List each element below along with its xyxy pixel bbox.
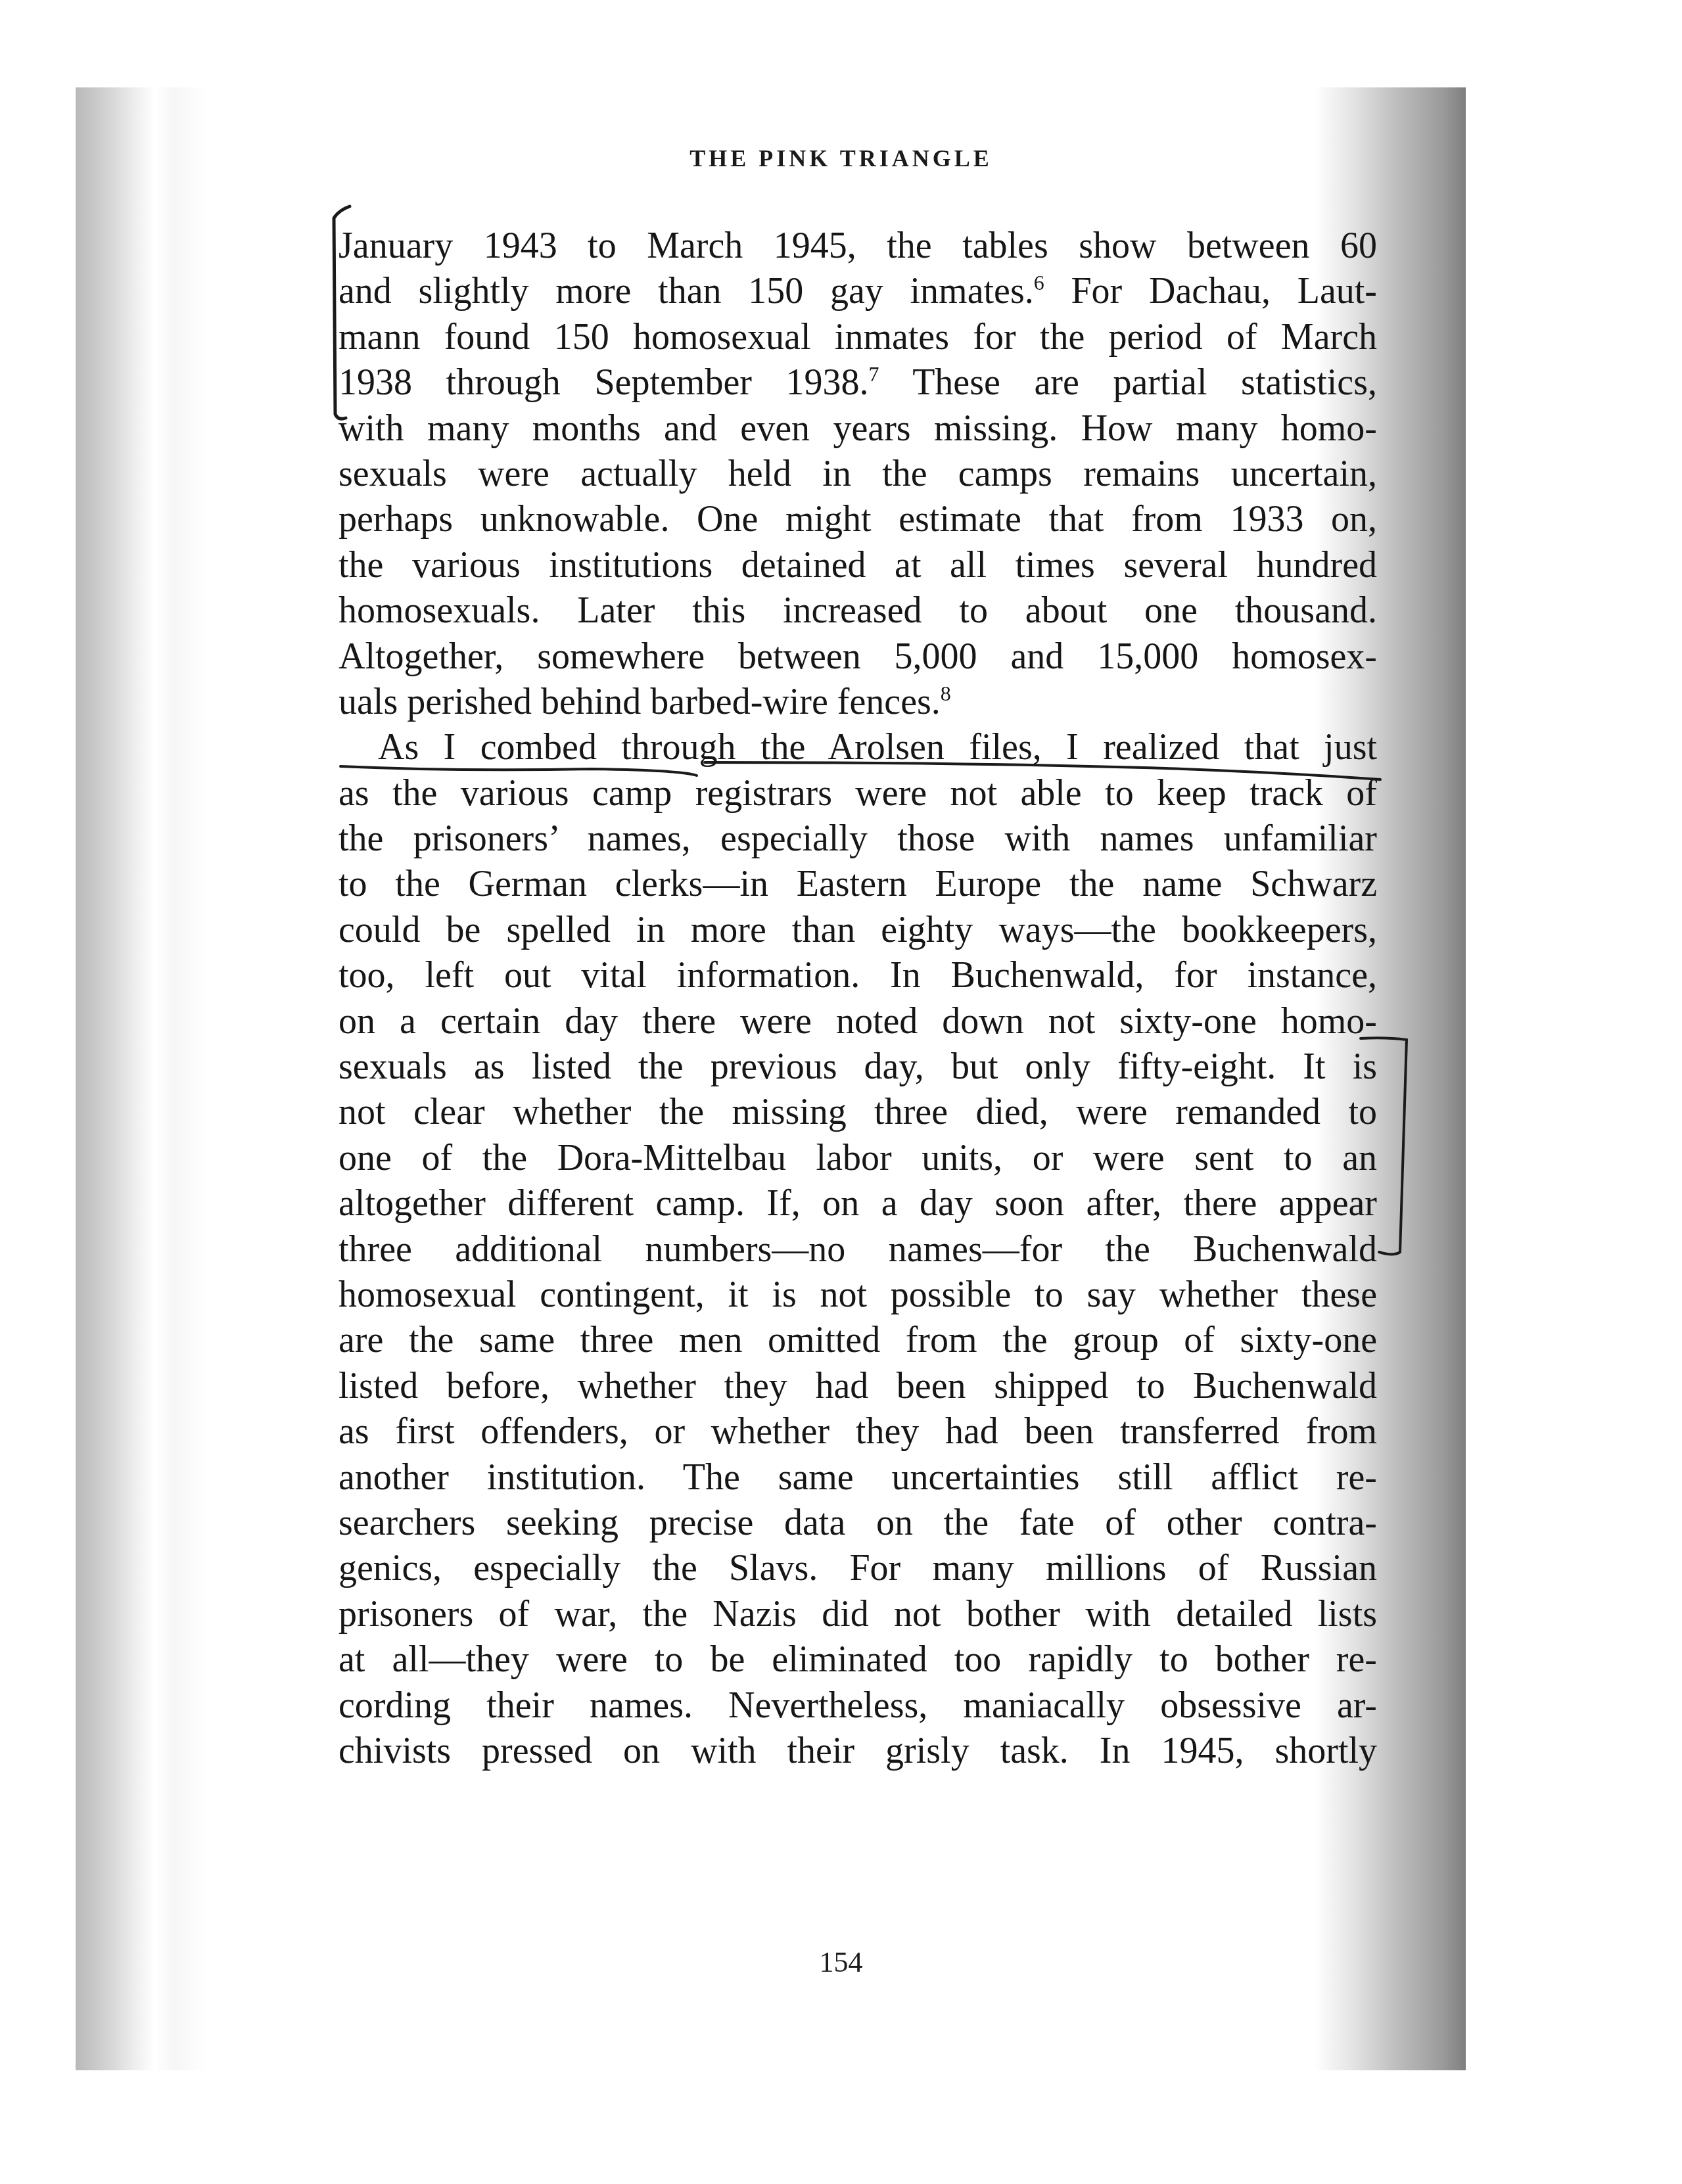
text-line: to the German clerks—in Eastern Europe t… — [339, 862, 1377, 907]
text-line: Altogether, somewhere between 5,000 and … — [339, 634, 1377, 680]
text-line: genics, especially the Slavs. For many m… — [339, 1546, 1377, 1591]
page-number: 154 — [0, 1945, 1682, 1979]
text-line: at all—they were to be eliminated too ra… — [339, 1637, 1377, 1683]
text-line: as first offenders, or whether they had … — [339, 1409, 1377, 1454]
footnote-ref[interactable]: 6 — [1034, 271, 1044, 295]
footnote-ref[interactable]: 8 — [941, 682, 951, 705]
paragraph-2: As I combed through the Arolsen files, I… — [339, 725, 1377, 1774]
text-line: chivists pressed on with their grisly ta… — [339, 1729, 1377, 1774]
text-line: searchers seeking precise data on the fa… — [339, 1500, 1377, 1546]
text-line: the prisoners’ names, especially those w… — [339, 816, 1377, 862]
text-line: not clear whether the missing three died… — [339, 1090, 1377, 1135]
text-line: the various institutions detained at all… — [339, 543, 1377, 588]
text-line: homosexuals. Later this increased to abo… — [339, 588, 1377, 634]
text-line: one of the Dora-Mittelbau labor units, o… — [339, 1136, 1377, 1181]
text-line: too, left out vital information. In Buch… — [339, 953, 1377, 998]
text-line: sexuals were actually held in the camps … — [339, 452, 1377, 497]
running-header: THE PINK TRIANGLE — [0, 145, 1682, 172]
text-line: three additional numbers—no names—for th… — [339, 1227, 1377, 1272]
text-line: as the various camp registrars were not … — [339, 771, 1377, 816]
text-line: another institution. The same uncertaint… — [339, 1455, 1377, 1500]
text-line: As I combed through the Arolsen files, I… — [339, 725, 1377, 770]
text-line: uals perished behind barbed-wire fences.… — [339, 680, 1377, 725]
footnote-ref[interactable]: 7 — [869, 363, 879, 386]
text-line: January 1943 to March 1945, the tables s… — [339, 223, 1377, 269]
text-line: and slightly more than 150 gay inmates.6… — [339, 269, 1377, 314]
text-line: altogether different camp. If, on a day … — [339, 1181, 1377, 1226]
text-line: sexuals as listed the previous day, but … — [339, 1044, 1377, 1090]
text-line: homosexual contingent, it is not possibl… — [339, 1272, 1377, 1318]
text-line: could be spelled in more than eighty way… — [339, 908, 1377, 953]
text-line: prisoners of war, the Nazis did not both… — [339, 1592, 1377, 1637]
text-line: perhaps unknowable. One might estimate t… — [339, 497, 1377, 542]
text-line: listed before, whether they had been shi… — [339, 1364, 1377, 1409]
body-text: January 1943 to March 1945, the tables s… — [339, 223, 1377, 1774]
text-line: with many months and even years missing.… — [339, 406, 1377, 452]
text-line: mann found 150 homosexual inmates for th… — [339, 315, 1377, 360]
text-line: are the same three men omitted from the … — [339, 1318, 1377, 1363]
paragraph-1: January 1943 to March 1945, the tables s… — [339, 223, 1377, 725]
text-line: cording their names. Nevertheless, mania… — [339, 1683, 1377, 1729]
text-line: 1938 through September 1938.7 These are … — [339, 360, 1377, 406]
text-line: on a certain day there were noted down n… — [339, 999, 1377, 1044]
gutter-shadow-left — [76, 87, 207, 2070]
